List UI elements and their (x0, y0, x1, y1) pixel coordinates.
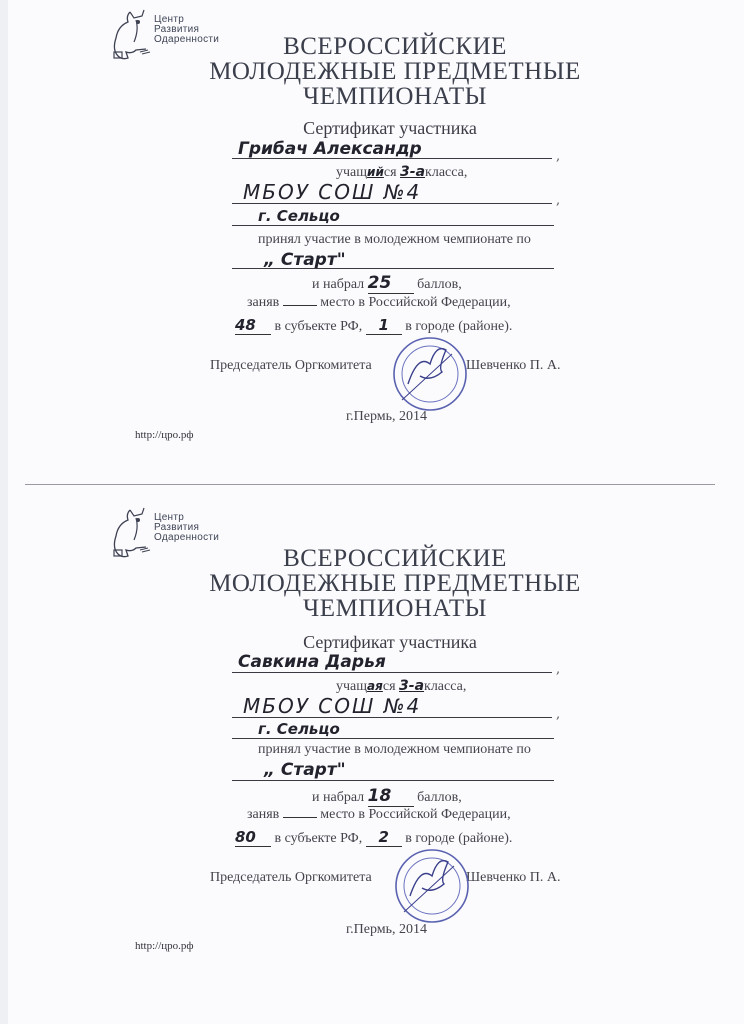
championship-title: ВСЕРОССИЙСКИЕ МОЛОДЕЖНЫЕ ПРЕДМЕТНЫЕ ЧЕМП… (190, 546, 600, 621)
punct-comma: , (556, 149, 560, 164)
owl-logo-icon (112, 506, 156, 562)
website-link[interactable]: http://цро.рф (135, 940, 194, 952)
chairman-name: Шевченко П. А. (466, 358, 560, 374)
student-class-line: учащаяся 3-акласса, (336, 678, 466, 695)
name-underline (232, 158, 552, 159)
grade-value: 3-а (400, 164, 425, 180)
championship-title: ВСЕРОССИЙСКИЕ МОЛОДЕЖНЫЕ ПРЕДМЕТНЫЕ ЧЕМП… (190, 34, 600, 109)
place-subject-line: 48 в субъекте РФ, 1 в городе (районе). (235, 316, 512, 335)
student-word-prefix: учащ (336, 165, 367, 180)
punct-comma: , (556, 707, 560, 722)
city-year: г.Пермь, 2014 (346, 922, 427, 938)
place-rf-suffix: место в Российской Федерации, (320, 807, 510, 822)
title-line: МОЛОДЕЖНЫЕ ПРЕДМЕТНЫЕ (190, 571, 600, 596)
place-rf-line: заняв место в Российской Федерации, (247, 295, 511, 311)
school-underline (232, 203, 552, 204)
participated-text: принял участие в молодежном чемпионате п… (258, 232, 531, 248)
city-underline (232, 225, 554, 226)
city-year: г.Пермь, 2014 (346, 409, 427, 425)
score-value: 18 (368, 786, 414, 807)
city-name: г. Сельцо (258, 207, 340, 225)
student-class-line: учащийся 3-акласса, (336, 164, 467, 181)
chairman-label: Председатель Оргкомитета (210, 870, 372, 886)
city-name: г. Сельцо (258, 720, 340, 738)
score-prefix: и набрал (312, 790, 364, 805)
school-name: МБОУ СОШ №4 (243, 180, 421, 204)
website-link[interactable]: http://цро.рф (135, 429, 194, 441)
student-word-suffix: ся (383, 679, 396, 694)
student-word-handwritten: ий (367, 165, 384, 179)
title-line: ВСЕРОССИЙСКИЕ (190, 34, 600, 59)
student-word-handwritten: ая (367, 679, 383, 693)
official-seal-icon (392, 846, 472, 926)
score-line: и набрал 25 баллов, (312, 273, 462, 294)
cut-line (25, 484, 715, 485)
participated-text: принял участие в молодежном чемпионате п… (258, 742, 531, 758)
grade-value: 3-а (399, 678, 424, 694)
certificate-1: Центр Развития Одаренности ВСЕРОССИЙСКИЕ… (0, 0, 744, 480)
name-underline (232, 672, 552, 673)
student-name: Грибач Александр (238, 139, 422, 159)
title-line: ЧЕМПИОНАТЫ (190, 596, 600, 621)
chairman-label: Председатель Оргкомитета (210, 358, 372, 374)
competition-name: „ Старт" (264, 760, 346, 780)
student-word-prefix: учащ (336, 679, 367, 694)
place-subject-value: 80 (235, 828, 271, 847)
title-line: МОЛОДЕЖНЫЕ ПРЕДМЕТНЫЕ (190, 59, 600, 84)
place-city-text: в городе (районе). (405, 831, 512, 846)
place-rf-suffix: место в Российской Федерации, (320, 295, 510, 310)
city-underline (232, 738, 554, 739)
competition-underline (232, 268, 554, 269)
place-rf-value (283, 817, 317, 818)
class-label: класса, (424, 679, 466, 694)
title-line: ЧЕМПИОНАТЫ (190, 84, 600, 109)
punct-comma: , (556, 662, 560, 677)
chairman-name: Шевченко П. А. (466, 870, 560, 886)
punct-comma: , (556, 193, 560, 208)
competition-underline (232, 780, 554, 781)
school-name: МБОУ СОШ №4 (243, 694, 421, 718)
official-seal-icon (390, 334, 470, 414)
place-subject-value: 48 (235, 316, 271, 335)
place-subject-line: 80 в субъекте РФ, 2 в городе (районе). (235, 828, 512, 847)
class-label: класса, (425, 165, 467, 180)
place-subject-text: в субъекте РФ, (275, 319, 363, 334)
score-suffix: баллов, (417, 277, 462, 292)
place-city-value: 2 (366, 828, 402, 847)
place-city-value: 1 (366, 316, 402, 335)
place-rf-prefix: заняв (247, 295, 279, 310)
score-value: 25 (368, 273, 414, 294)
owl-logo-icon (112, 8, 156, 64)
certificate-subtitle: Сертификат участника (240, 118, 540, 139)
place-subject-text: в субъекте РФ, (275, 831, 363, 846)
place-rf-line: заняв место в Российской Федерации, (247, 807, 511, 823)
score-line: и набрал 18 баллов, (312, 786, 462, 807)
place-rf-prefix: заняв (247, 807, 279, 822)
logo-text-line: Одаренности (154, 533, 219, 543)
student-name: Савкина Дарья (238, 652, 386, 672)
title-line: ВСЕРОССИЙСКИЕ (190, 546, 600, 571)
place-city-text: в городе (районе). (405, 319, 512, 334)
certificate-subtitle: Сертификат участника (240, 632, 540, 653)
student-word-suffix: ся (384, 165, 397, 180)
score-suffix: баллов, (417, 790, 462, 805)
school-underline (232, 717, 552, 718)
certificate-2: Центр Развития Одаренности ВСЕРОССИЙСКИЕ… (0, 490, 744, 970)
competition-name: „ Старт" (264, 250, 346, 270)
place-rf-value (283, 305, 317, 306)
score-prefix: и набрал (312, 277, 364, 292)
